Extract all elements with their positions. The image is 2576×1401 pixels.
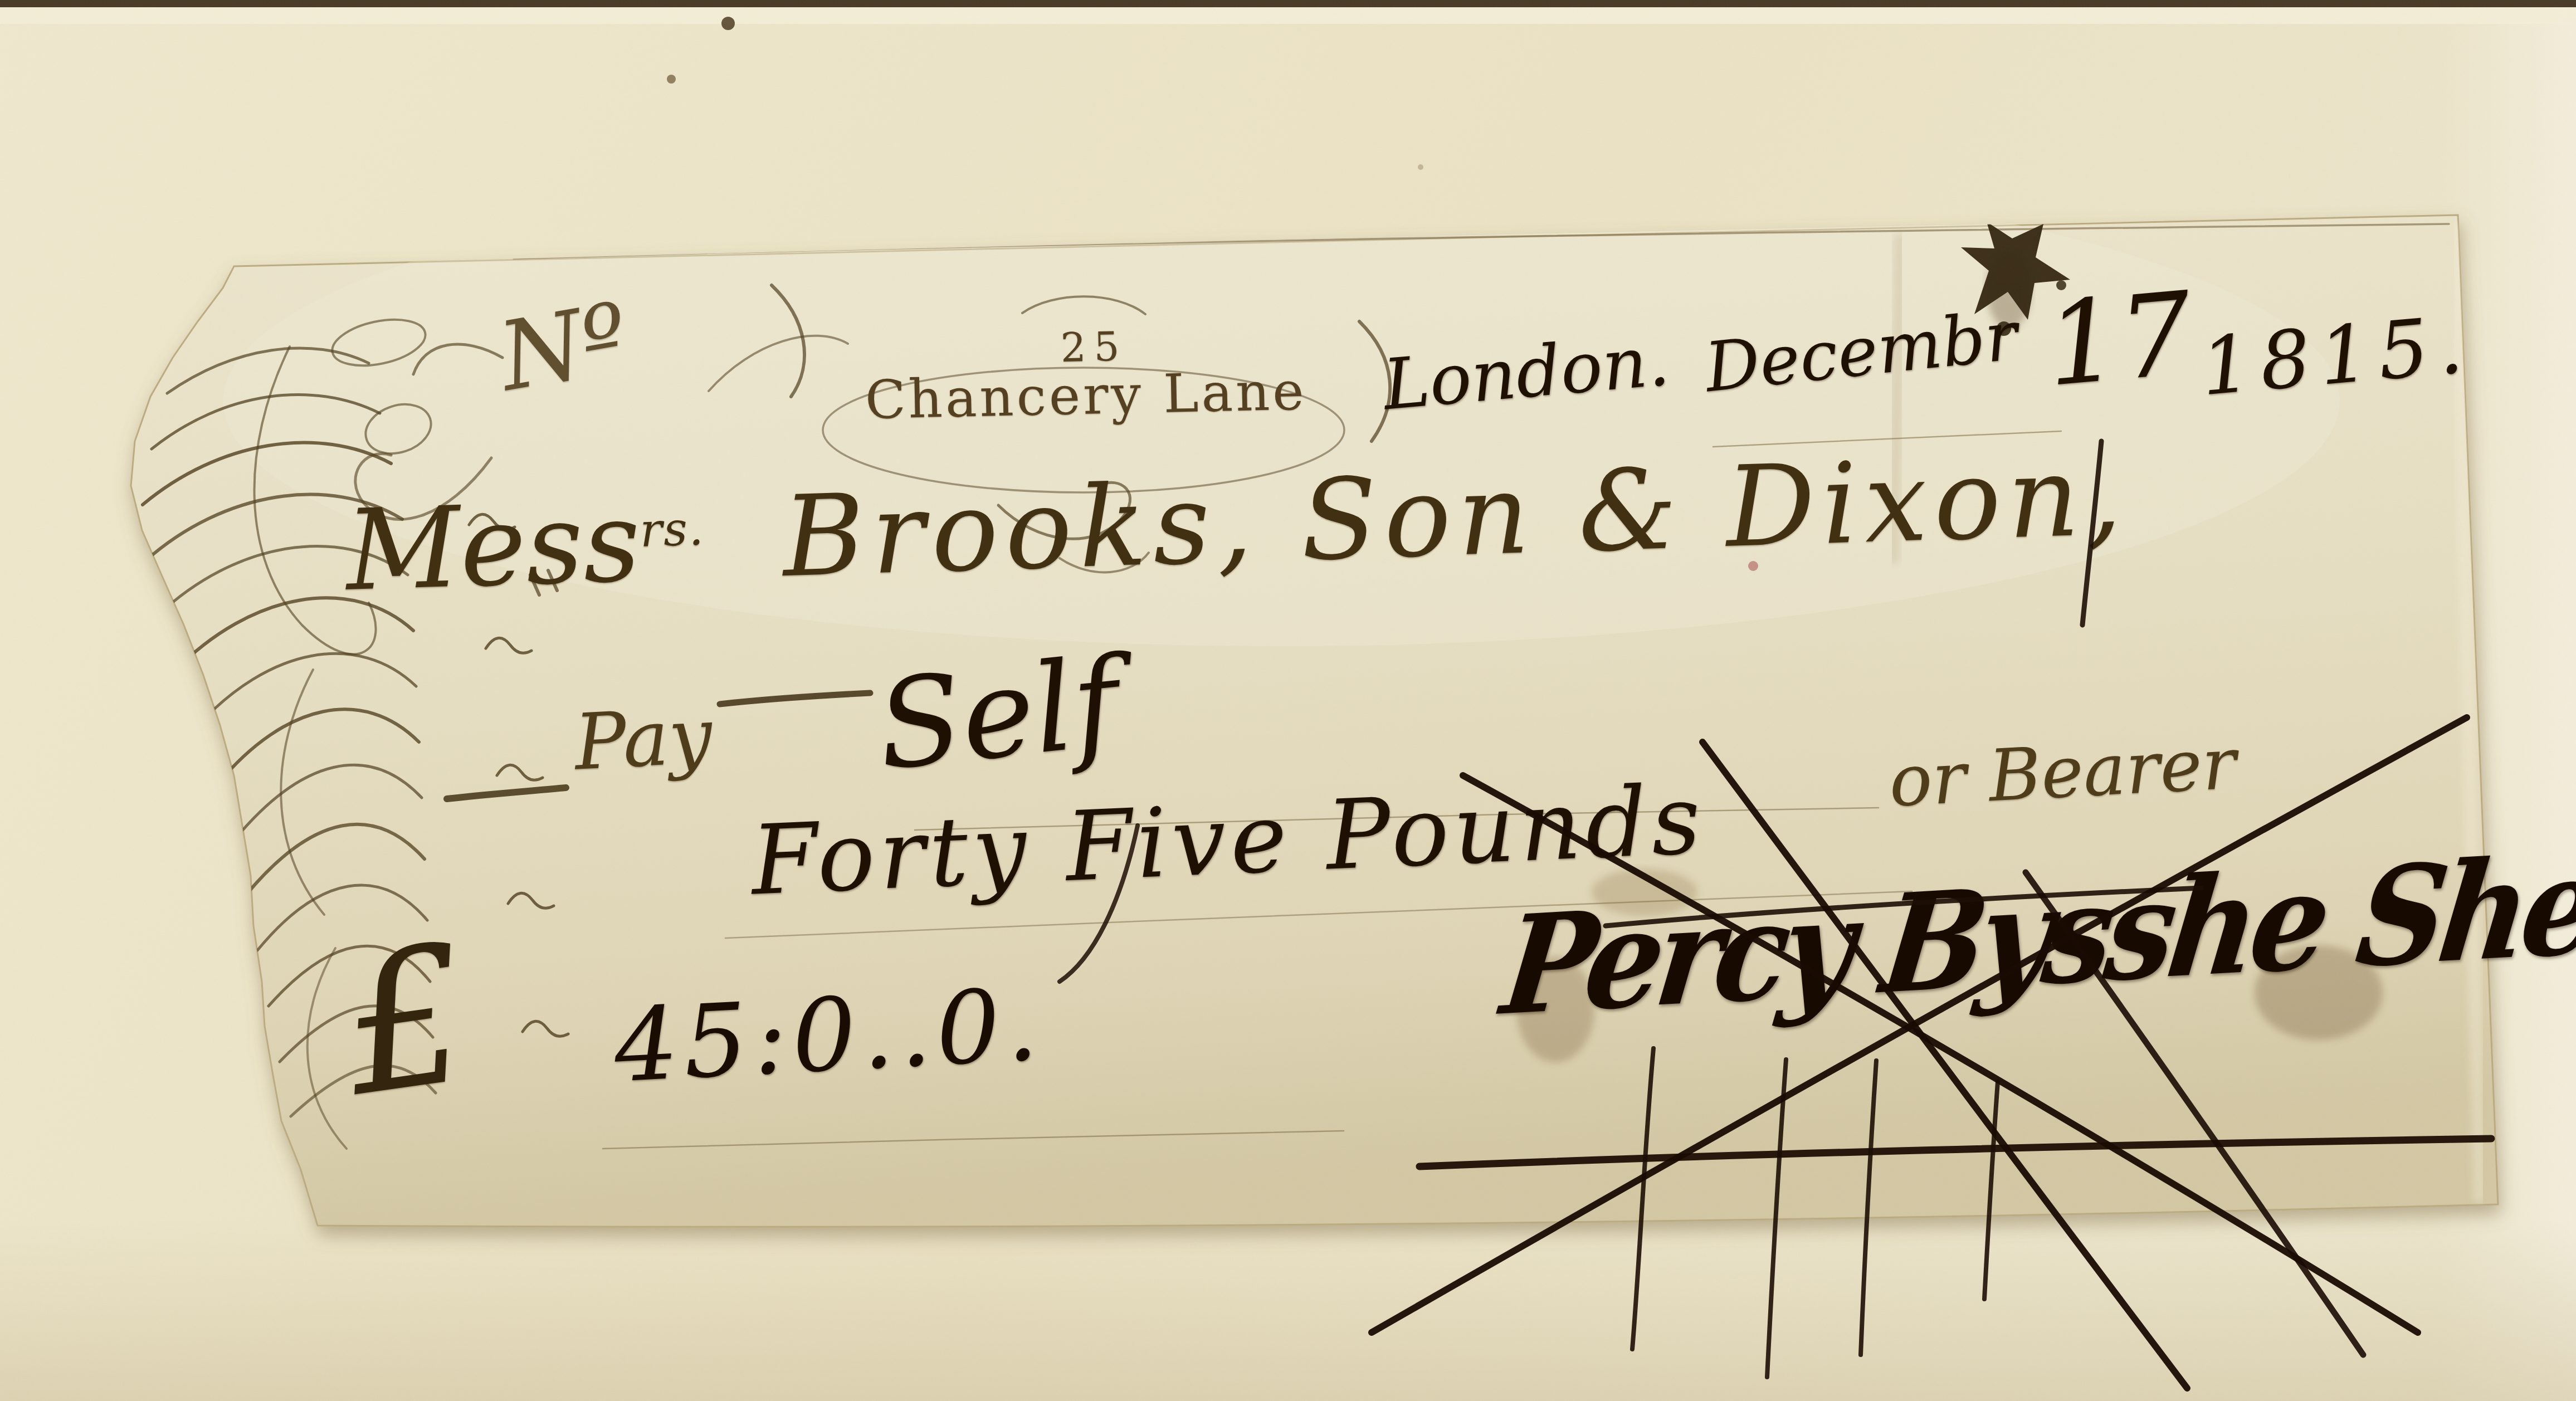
amount-figures-written: 45:0..0. <box>612 975 1046 1097</box>
pay-label: Pay <box>573 697 714 782</box>
payee-prefix: Mess <box>344 477 642 616</box>
street-number: 25 <box>1060 326 1128 367</box>
cheque-paper <box>0 0 2576 1401</box>
cheque-number-label: Nº <box>493 290 635 405</box>
photograph-of-cheque: Nº 25 Chancery Lane London. Decembr 17 1… <box>0 0 2576 1401</box>
bearer-label: or Bearer <box>1887 728 2238 817</box>
pay-to-written: Self <box>872 641 1124 788</box>
date-year-written: 1815. <box>2198 305 2475 408</box>
payee-prefix-superscript: rs. <box>639 501 705 558</box>
date-day-written: 17 <box>2042 277 2197 403</box>
street-name: Chancery Lane <box>865 365 1307 427</box>
